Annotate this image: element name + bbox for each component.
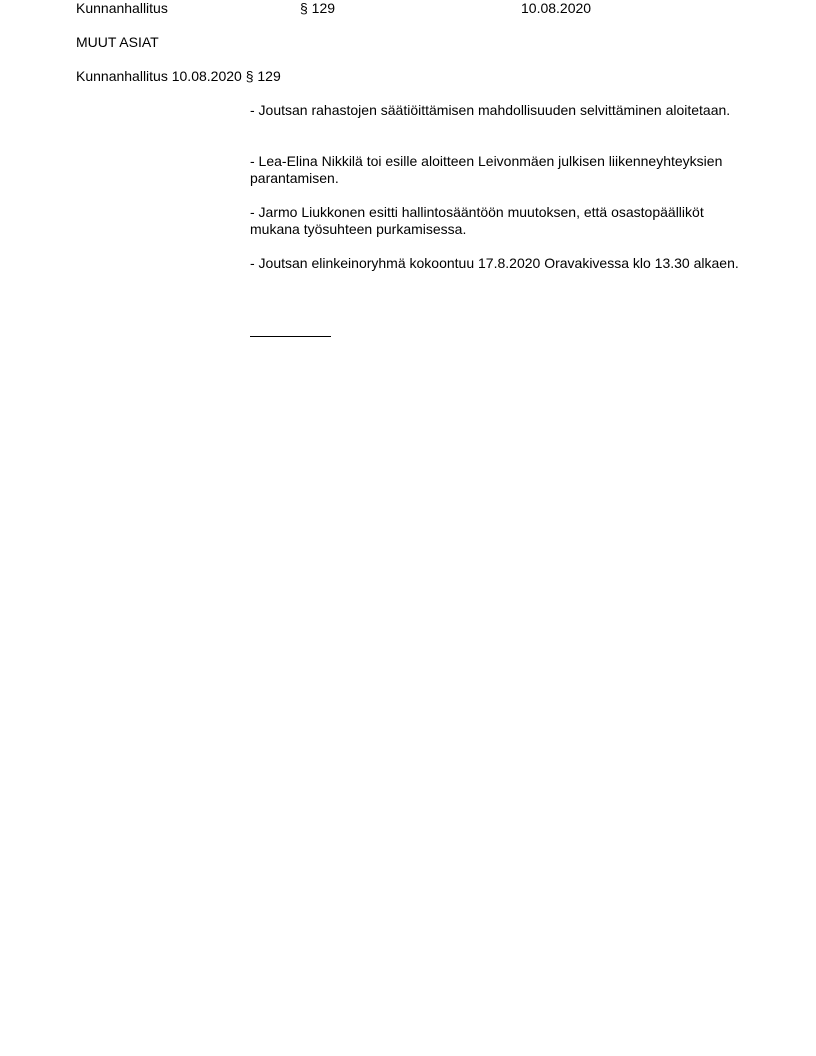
list-item: - Lea-Elina Nikkilä toi esille aloitteen… <box>250 153 740 187</box>
meeting-reference: Kunnanhallitus 10.08.2020 § 129 <box>76 68 281 84</box>
header-section-number: § 129 <box>300 0 335 16</box>
section-title: MUUT ASIAT <box>76 34 159 50</box>
list-item: - Joutsan elinkeinoryhmä kokoontuu 17.8.… <box>250 255 740 272</box>
end-divider <box>250 336 331 337</box>
header-date: 10.08.2020 <box>521 0 591 16</box>
list-item: - Jarmo Liukkonen esitti hallintosääntöö… <box>250 204 740 238</box>
list-item: - Joutsan rahastojen säätiöittämisen mah… <box>250 102 740 119</box>
header-body-name: Kunnanhallitus <box>76 0 168 16</box>
